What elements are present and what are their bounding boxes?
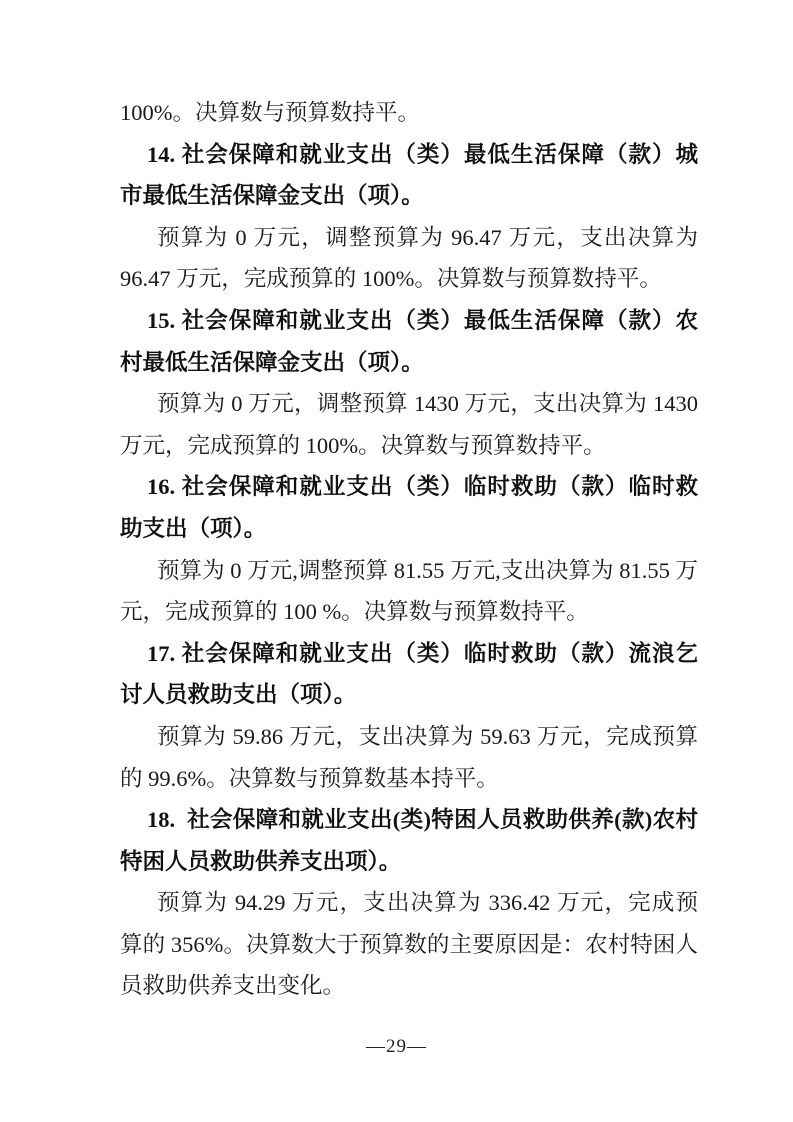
section-heading: 17. 社会保障和就业支出（类）临时救助（款）流浪乞讨人员救助支出（项）。: [120, 633, 698, 716]
section-heading: 14. 社会保障和就业支出（类）最低生活保障（款）城市最低生活保障金支出（项）。: [120, 134, 698, 217]
page-number: —29—: [0, 1036, 793, 1058]
document-page: 100%。决算数与预算数持平。14. 社会保障和就业支出（类）最低生活保障（款）…: [0, 0, 793, 1122]
document-body: 100%。决算数与预算数持平。14. 社会保障和就业支出（类）最低生活保障（款）…: [120, 92, 698, 1007]
body-paragraph: 预算为 0 万元,调整预算 81.55 万元,支出决算为 81.55 万元，完成…: [120, 550, 698, 633]
body-paragraph: 预算为 0 万元，调整预算 1430 万元，支出决算为 1430 万元，完成预算…: [120, 383, 698, 466]
body-paragraph: 100%。决算数与预算数持平。: [120, 92, 698, 134]
body-paragraph: 预算为 0 万元，调整预算为 96.47 万元，支出决算为 96.47 万元，完…: [120, 217, 698, 300]
section-heading: 18. 社会保障和就业支出(类)特困人员救助供养(款)农村特困人员救助供养支出项…: [120, 799, 698, 882]
section-heading: 15. 社会保障和就业支出（类）最低生活保障（款）农村最低生活保障金支出（项）。: [120, 300, 698, 383]
body-paragraph: 预算为 59.86 万元，支出决算为 59.63 万元，完成预算的 99.6%。…: [120, 716, 698, 799]
body-paragraph: 预算为 94.29 万元，支出决算为 336.42 万元，完成预 算的 356%…: [120, 882, 698, 1007]
section-heading: 16. 社会保障和就业支出（类）临时救助（款）临时救助支出（项）。: [120, 466, 698, 549]
